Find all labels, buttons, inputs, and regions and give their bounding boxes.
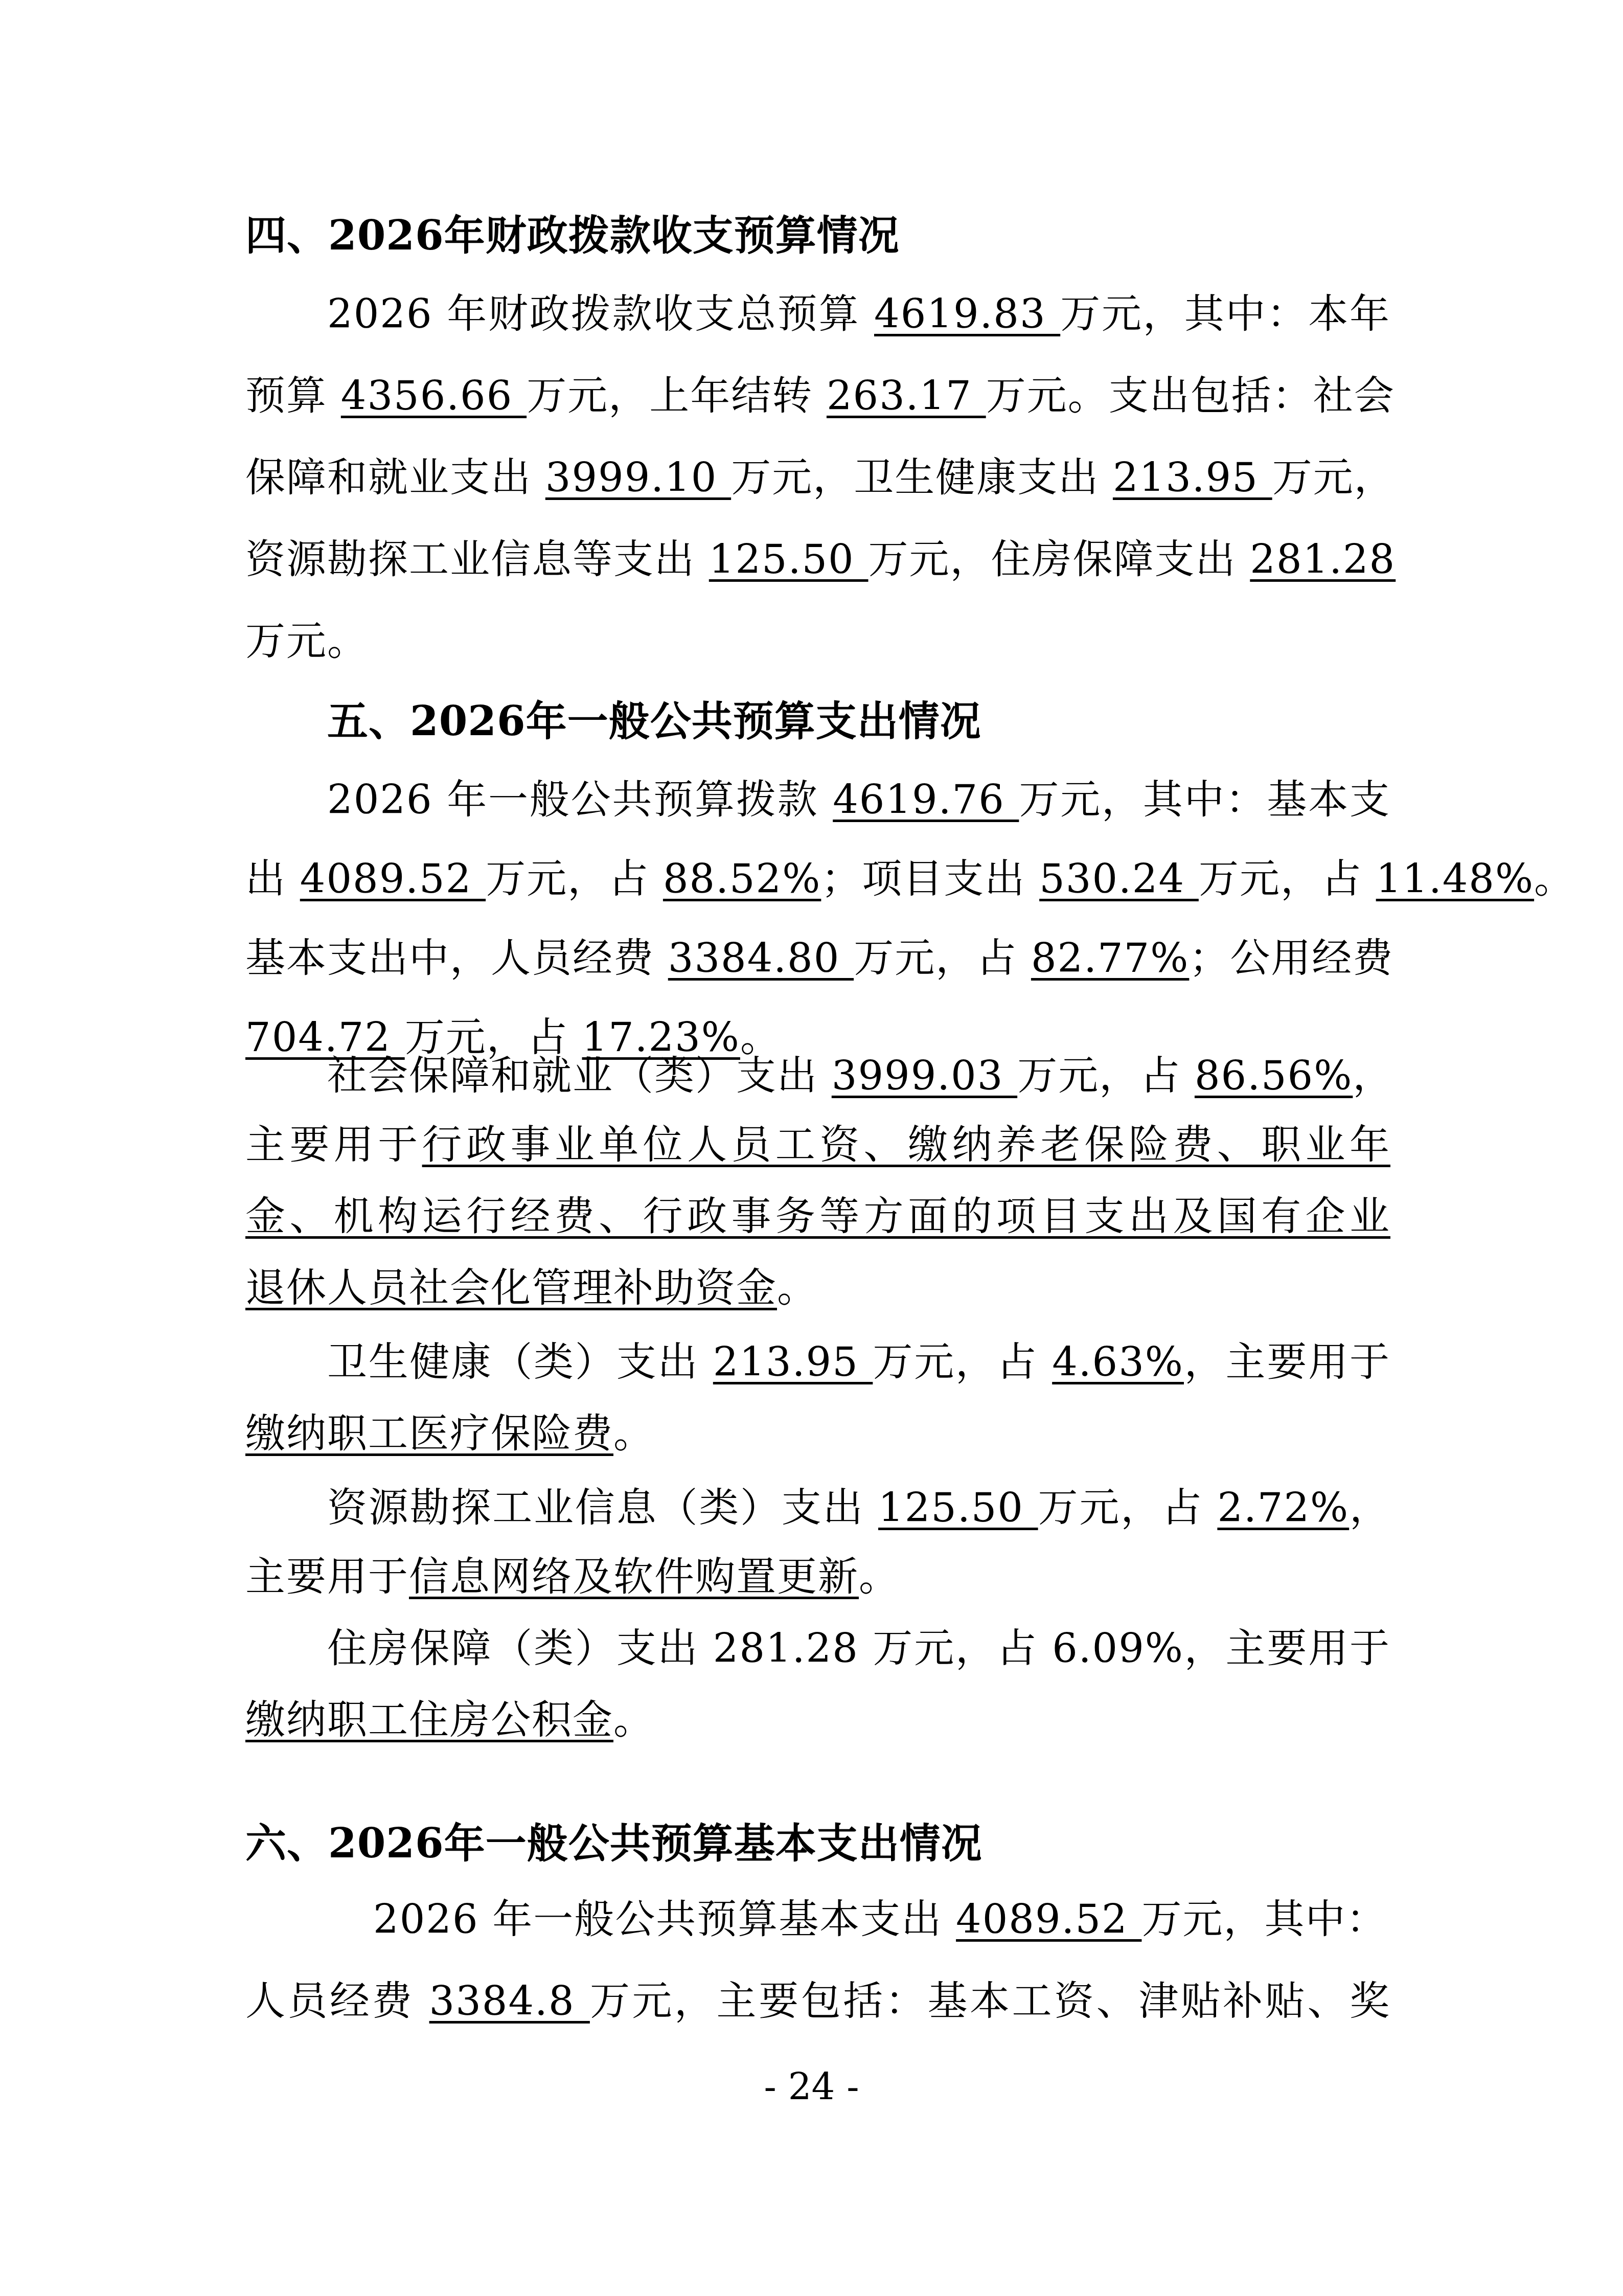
page-number: - 24 - xyxy=(0,2065,1623,2108)
text: 主要用于 xyxy=(245,1554,409,1600)
text: 万元，其中：基本支 xyxy=(1019,777,1390,823)
paragraph-line: 金、机构运行经费、行政事务等方面的项目支出及国有企业 xyxy=(245,1178,1390,1255)
value-basic: 4089.52 xyxy=(300,856,486,902)
paragraph-line: 主要用于行政事业单位人员工资、缴纳养老保险费、职业年 xyxy=(245,1107,1390,1184)
text: 。 xyxy=(777,1265,818,1311)
value-personnel: 3384.8 xyxy=(429,1979,590,2025)
text: 人员经费 xyxy=(245,1979,429,2025)
text: 资源勘探工业信息等支出 xyxy=(245,537,709,583)
value-basic-pct: 88.52% xyxy=(663,856,821,902)
value-health: 213.95 xyxy=(1113,455,1272,501)
document-page: 四、2026年财政拨款收支预算情况 2026 年财政拨款收支总预算 4619.8… xyxy=(0,0,1623,2296)
text: 。 xyxy=(613,1411,654,1457)
text: 万元，占 xyxy=(1199,856,1376,902)
text: 2026 年财政拨款收支总预算 xyxy=(327,291,874,337)
text: 万元。 xyxy=(245,619,368,665)
value-carryover: 263.17 xyxy=(827,373,986,419)
text: ， xyxy=(1353,1053,1393,1099)
text: 住房保障（类）支出 281.28 万元，占 6.09%，主要用于 xyxy=(327,1626,1390,1672)
value-pct: 2.72% xyxy=(1217,1485,1349,1531)
text: 万元，其中： xyxy=(1141,1897,1387,1943)
text: 2026 年一般公共预算基本支出 xyxy=(373,1897,956,1943)
usage-text: 缴纳职工医疗保险费 xyxy=(245,1411,613,1457)
paragraph-line: 住房保障（类）支出 281.28 万元，占 6.09%，主要用于 xyxy=(327,1610,1390,1687)
text: 出 xyxy=(245,856,300,902)
text: 万元，占 xyxy=(486,856,663,902)
text: 万元，卫生健康支出 xyxy=(731,455,1113,501)
text: 万元，占 xyxy=(1017,1053,1195,1099)
paragraph-line: 资源勘探工业信息（类）支出 125.50 万元，占 2.72%， xyxy=(327,1470,1390,1547)
value-personnel: 3384.80 xyxy=(668,936,854,982)
section-heading-5: 五、2026年一般公共预算支出情况 xyxy=(327,683,1472,759)
paragraph-line: 出 4089.52 万元，占 88.52%；项目支出 530.24 万元，占 1… xyxy=(245,841,1390,918)
text: ；项目支出 xyxy=(821,856,1039,902)
heading-text: 四、2026年财政拨款收支预算情况 xyxy=(245,211,900,259)
value-total: 4619.83 xyxy=(874,291,1060,337)
paragraph-line: 基本支出中，人员经费 3384.80 万元，占 82.77%；公用经费 xyxy=(245,920,1390,997)
value-social-security: 3999.10 xyxy=(545,455,731,501)
text: 万元，上年结转 xyxy=(527,373,827,419)
paragraph-line: 人员经费 3384.8 万元，主要包括：基本工资、津贴补贴、奖 xyxy=(245,1963,1390,2040)
text: 社会保障和就业（类）支出 xyxy=(327,1053,832,1099)
text: 预算 xyxy=(245,373,341,419)
text: 万元，其中：本年 xyxy=(1060,291,1390,337)
usage-text: 退休人员社会化管理补助资金 xyxy=(245,1265,777,1311)
usage-text: 缴纳职工住房公积金 xyxy=(245,1697,613,1743)
value-pct: 4.63% xyxy=(1052,1339,1184,1385)
paragraph-line: 退休人员社会化管理补助资金。 xyxy=(245,1250,1390,1327)
heading-text: 六、2026年一般公共预算基本支出情况 xyxy=(245,1819,982,1867)
value-amount: 3999.03 xyxy=(832,1053,1017,1099)
text: 万元，主要包括：基本工资、津贴补贴、奖 xyxy=(590,1979,1390,2025)
value-current-year: 4356.66 xyxy=(341,373,527,419)
text: 。 xyxy=(859,1554,900,1600)
text: 万元。支出包括：社会 xyxy=(986,373,1395,419)
value-amount: 213.95 xyxy=(713,1339,873,1385)
text: 。 xyxy=(1534,856,1575,902)
value-basic: 4089.52 xyxy=(956,1897,1141,1943)
text: ；公用经费 xyxy=(1189,936,1393,982)
text: 万元，占 xyxy=(873,1339,1052,1385)
usage-text: 金、机构运行经费、行政事务等方面的项目支出及国有企业 xyxy=(245,1194,1390,1240)
paragraph-line: 保障和就业支出 3999.10 万元，卫生健康支出 213.95 万元， xyxy=(245,440,1390,516)
text: 万元，占 xyxy=(1038,1485,1218,1531)
paragraph-line: 资源勘探工业信息等支出 125.50 万元，住房保障支出 281.28 xyxy=(245,521,1390,598)
paragraph-line: 2026 年财政拨款收支总预算 4619.83 万元，其中：本年 xyxy=(327,276,1390,353)
paragraph-line: 社会保障和就业（类）支出 3999.03 万元，占 86.56%， xyxy=(327,1038,1390,1115)
section-heading-6: 六、2026年一般公共预算基本支出情况 xyxy=(245,1805,1390,1881)
value-housing: 281.28 xyxy=(1250,537,1396,583)
paragraph-line: 主要用于信息网络及软件购置更新。 xyxy=(245,1539,1390,1616)
text: 主要用于 xyxy=(245,1122,422,1168)
text: 万元， xyxy=(1272,455,1395,501)
text: 资源勘探工业信息（类）支出 xyxy=(327,1485,878,1531)
text: ， xyxy=(1349,1485,1390,1531)
value-total: 4619.76 xyxy=(833,777,1019,823)
value-pct: 86.56% xyxy=(1195,1053,1353,1099)
paragraph-line: 万元。 xyxy=(245,603,1390,680)
paragraph-line: 2026 年一般公共预算拨款 4619.76 万元，其中：基本支 xyxy=(327,762,1390,838)
paragraph-line: 缴纳职工医疗保险费。 xyxy=(245,1396,1390,1472)
text: 卫生健康（类）支出 xyxy=(327,1339,713,1385)
text: ，主要用于 xyxy=(1184,1339,1390,1385)
value-project-pct: 11.48% xyxy=(1376,856,1534,902)
text: 2026 年一般公共预算拨款 xyxy=(327,777,833,823)
text: 万元，占 xyxy=(854,936,1031,982)
text: 。 xyxy=(613,1697,654,1743)
value-amount: 125.50 xyxy=(878,1485,1038,1531)
value-project: 530.24 xyxy=(1039,856,1199,902)
paragraph-line: 预算 4356.66 万元，上年结转 263.17 万元。支出包括：社会 xyxy=(245,358,1390,435)
text: 基本支出中，人员经费 xyxy=(245,936,668,982)
paragraph-line: 缴纳职工住房公积金。 xyxy=(245,1682,1390,1759)
text: 保障和就业支出 xyxy=(245,455,545,501)
heading-text: 五、2026年一般公共预算支出情况 xyxy=(327,697,981,745)
section-heading-4: 四、2026年财政拨款收支预算情况 xyxy=(245,197,1390,274)
value-resources: 125.50 xyxy=(709,537,868,583)
paragraph-line: 2026 年一般公共预算基本支出 4089.52 万元，其中： xyxy=(373,1881,1380,1958)
text: 万元，住房保障支出 xyxy=(868,537,1250,583)
value-personnel-pct: 82.77% xyxy=(1031,936,1189,982)
usage-text: 信息网络及软件购置更新 xyxy=(409,1554,859,1600)
paragraph-line: 卫生健康（类）支出 213.95 万元，占 4.63%，主要用于 xyxy=(327,1324,1390,1401)
usage-text: 行政事业单位人员工资、缴纳养老保险费、职业年 xyxy=(422,1122,1390,1168)
